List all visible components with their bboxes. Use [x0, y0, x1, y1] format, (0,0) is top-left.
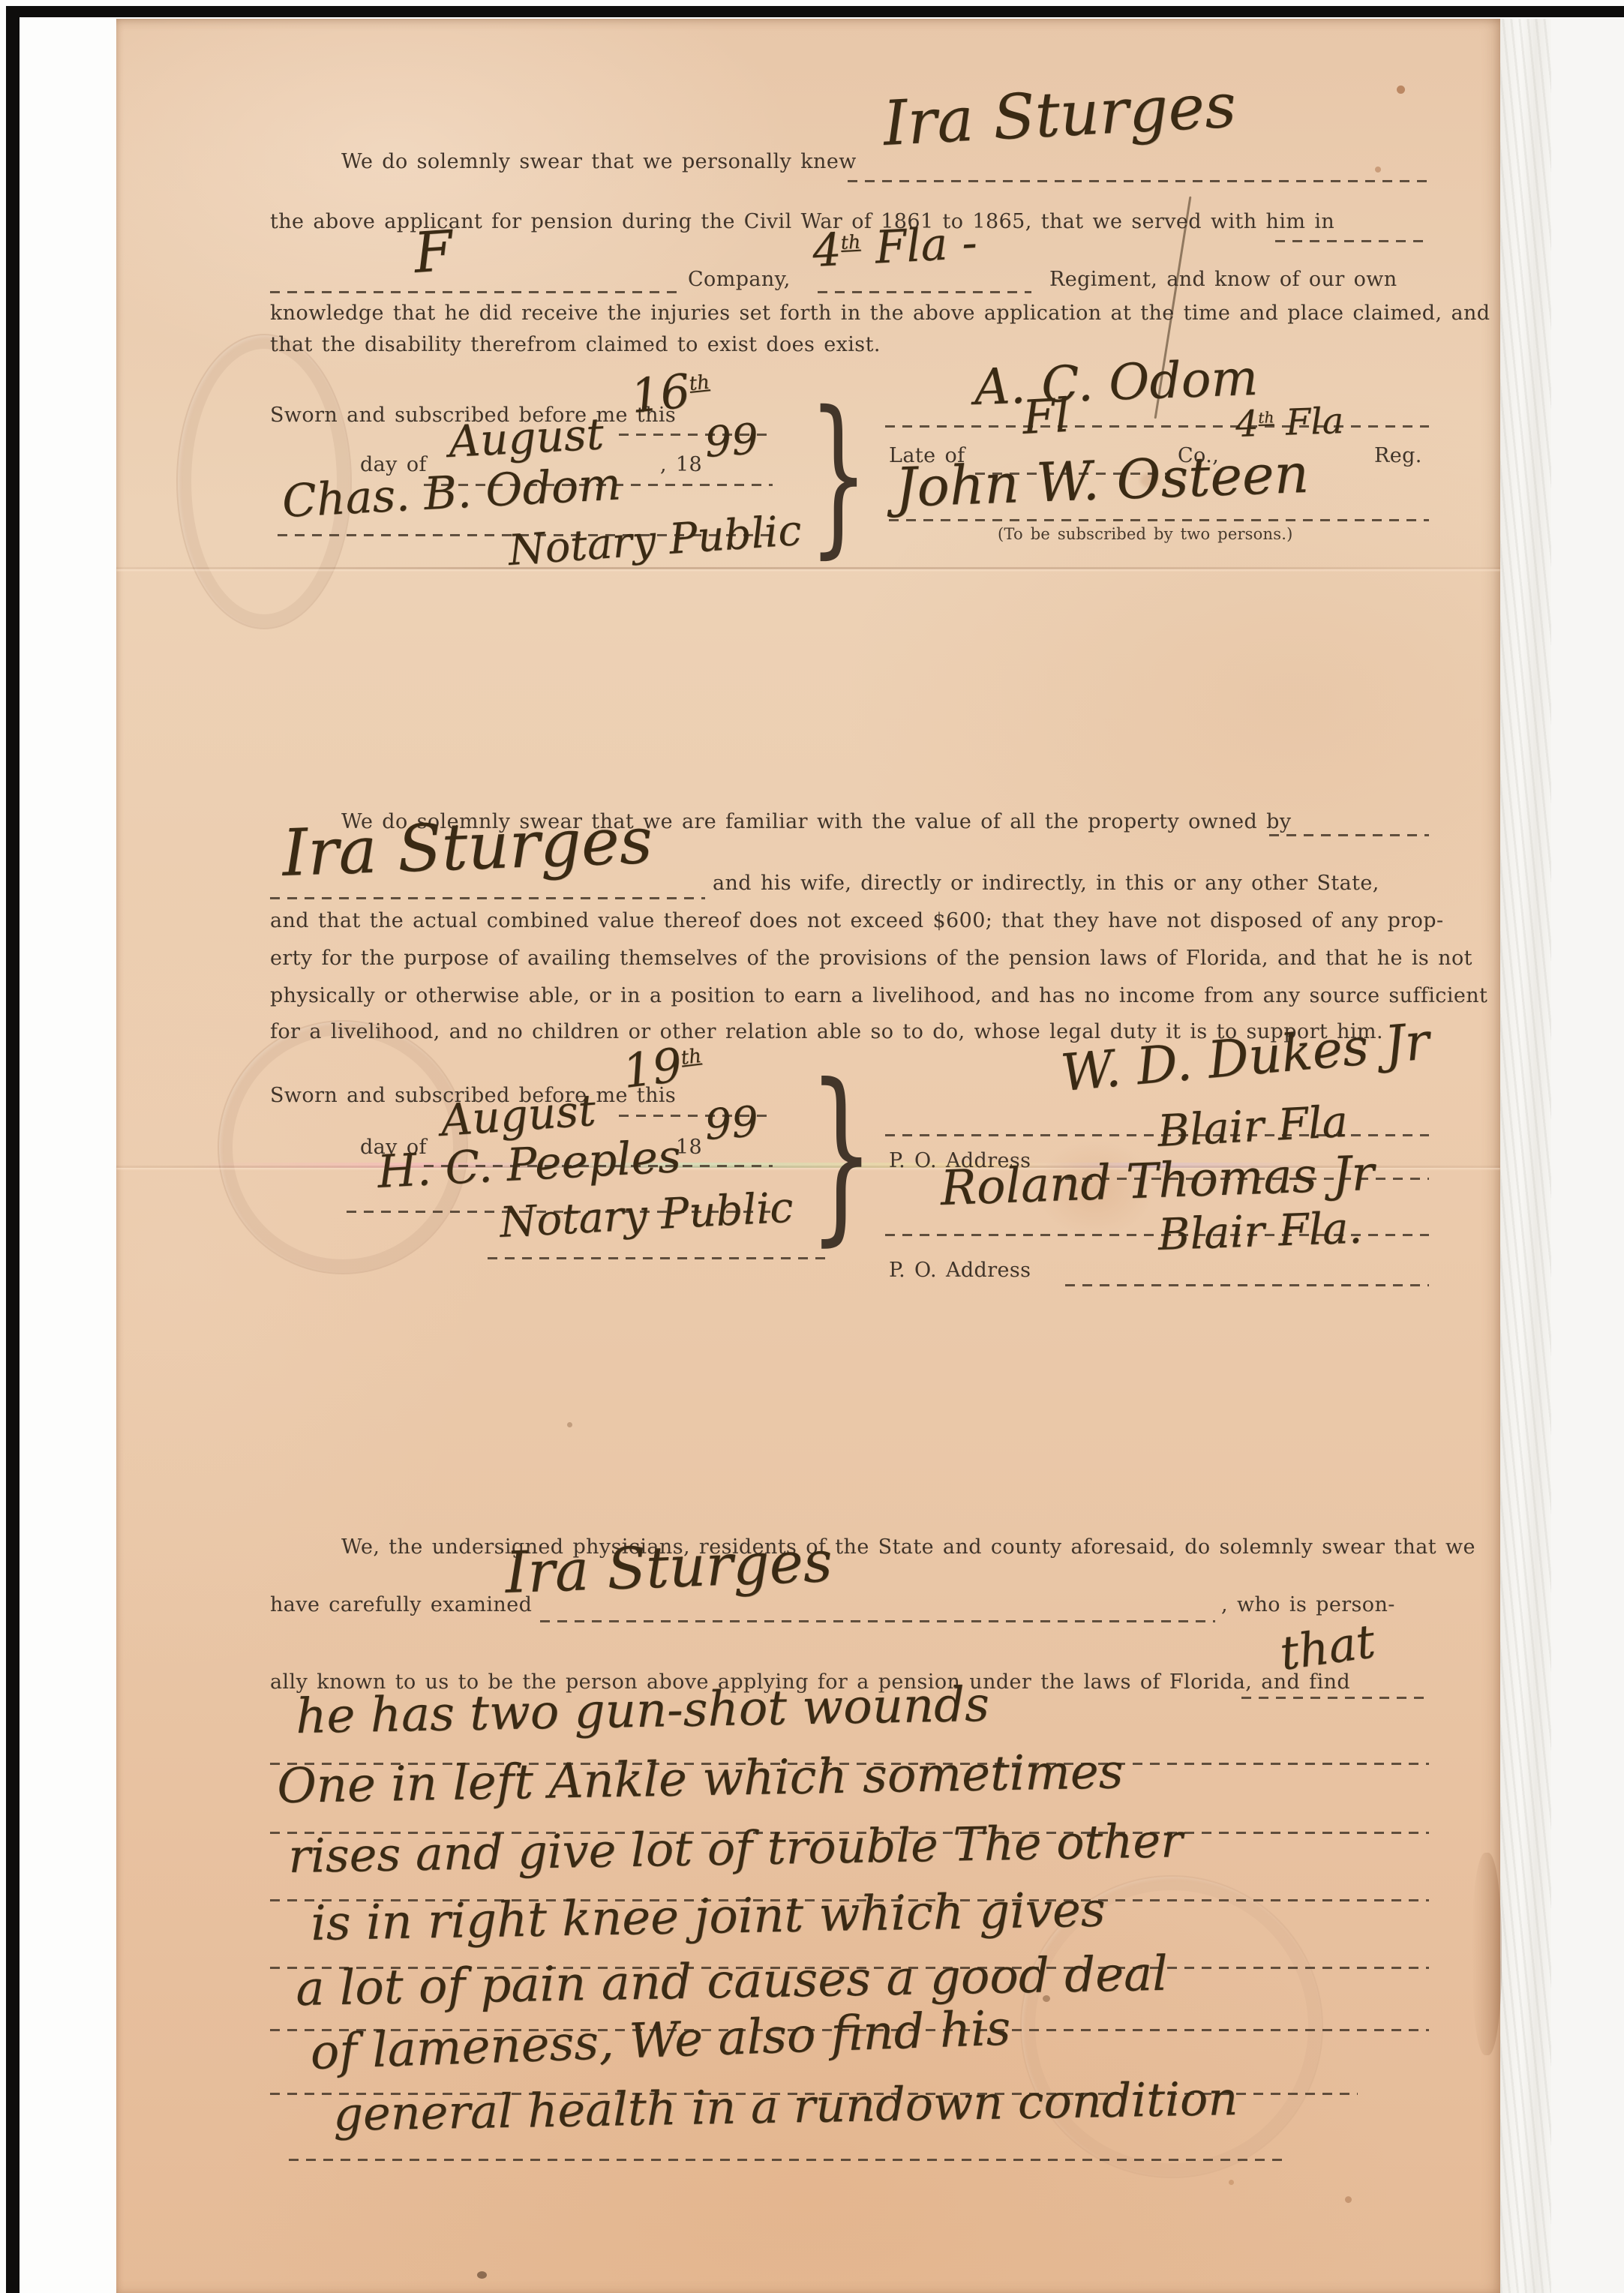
affidavit2-line4: erty for the purpose of availing themsel… [270, 947, 1472, 970]
jurat1-day-handwritten: 16th [628, 361, 713, 424]
jurat2-year-handwritten: 99 [703, 1097, 760, 1150]
affidavit2-line2-suffix: and his wife, directly or indirectly, in… [713, 872, 1379, 895]
jurat1-brace: } [809, 399, 869, 550]
lateof-value-handwritten: Fl [1021, 388, 1071, 445]
witness1-rule [885, 425, 1429, 428]
scanned-document: We do solemnly swear that we personally … [0, 0, 1624, 2293]
company-rule [270, 291, 679, 293]
applicant-name-signature-2: Ira Sturges [281, 803, 654, 891]
stain-spot [567, 1422, 572, 1427]
affidavit1-line4: knowledge that he did receive the injuri… [270, 302, 1490, 325]
scanner-margin-left [20, 17, 116, 2293]
physicians-name-rule [540, 1620, 1215, 1622]
jurat1-month-handwritten: August [447, 408, 605, 467]
affidavit1-name-rule [848, 180, 1429, 182]
jurat2-brace: } [809, 1071, 874, 1236]
scanner-left-bar [6, 6, 20, 2293]
affidavit2-line3: and that the actual combined value there… [270, 909, 1444, 932]
po-address2-rule [1065, 1284, 1429, 1286]
affidavit1-line1: We do solemnly swear that we personally … [341, 150, 857, 173]
po-address2-label: P. O. Address [889, 1259, 1031, 1282]
physicians-line2-prefix: have carefully examined [270, 1593, 532, 1616]
jurat1-year-printed: , 18 [660, 453, 702, 476]
reg-label: Reg. [1374, 444, 1422, 467]
witness-note: (To be subscribed by two persons.) [998, 525, 1292, 543]
physicians-find-rule [1241, 1697, 1429, 1699]
ink-mark [477, 2271, 487, 2279]
company-label: Company, [688, 268, 791, 291]
stain-spot [1397, 86, 1405, 94]
scanner-margin-right [1551, 19, 1624, 2293]
company-value-handwritten: F [412, 219, 455, 286]
co-value-handwritten: 4th Fla [1235, 400, 1344, 446]
witness1-signature: A. C. Odom [973, 349, 1259, 416]
scanner-top-bar [17, 6, 1624, 17]
stain-spot [1345, 2196, 1352, 2203]
witness2-rule [889, 519, 1429, 521]
regiment-rule [818, 291, 1031, 293]
affidavit2-line1-rule [1269, 834, 1429, 836]
affidavit2-line5: physically or otherwise able, or in a po… [270, 984, 1487, 1007]
jurat2-day-handwritten: 19th [620, 1035, 705, 1099]
affidavit1-line5: that the disability therefrom claimed to… [270, 333, 881, 356]
po-address2-value: Blair Fla. [1157, 1202, 1363, 1260]
edge-tear-shadow [1472, 1853, 1502, 2055]
finding-rule-7 [289, 2159, 1286, 2161]
stain-spot [1229, 2180, 1234, 2185]
jurat2-title-rule [488, 1257, 829, 1259]
applicant-name-signature-3: Ira Sturges [504, 1528, 833, 1606]
regiment-value-handwritten: 4th Fla - [811, 217, 978, 278]
affidavit2-name-rule [270, 897, 705, 899]
affidavit1-line3-suffix: Regiment, and know of our own [1049, 268, 1397, 291]
stain-spot [1375, 167, 1381, 173]
affidavit1-line2-rule [1275, 240, 1429, 242]
jurat1-year-handwritten: 99 [703, 415, 760, 467]
plastic-sleeve-strip [1500, 19, 1551, 2293]
